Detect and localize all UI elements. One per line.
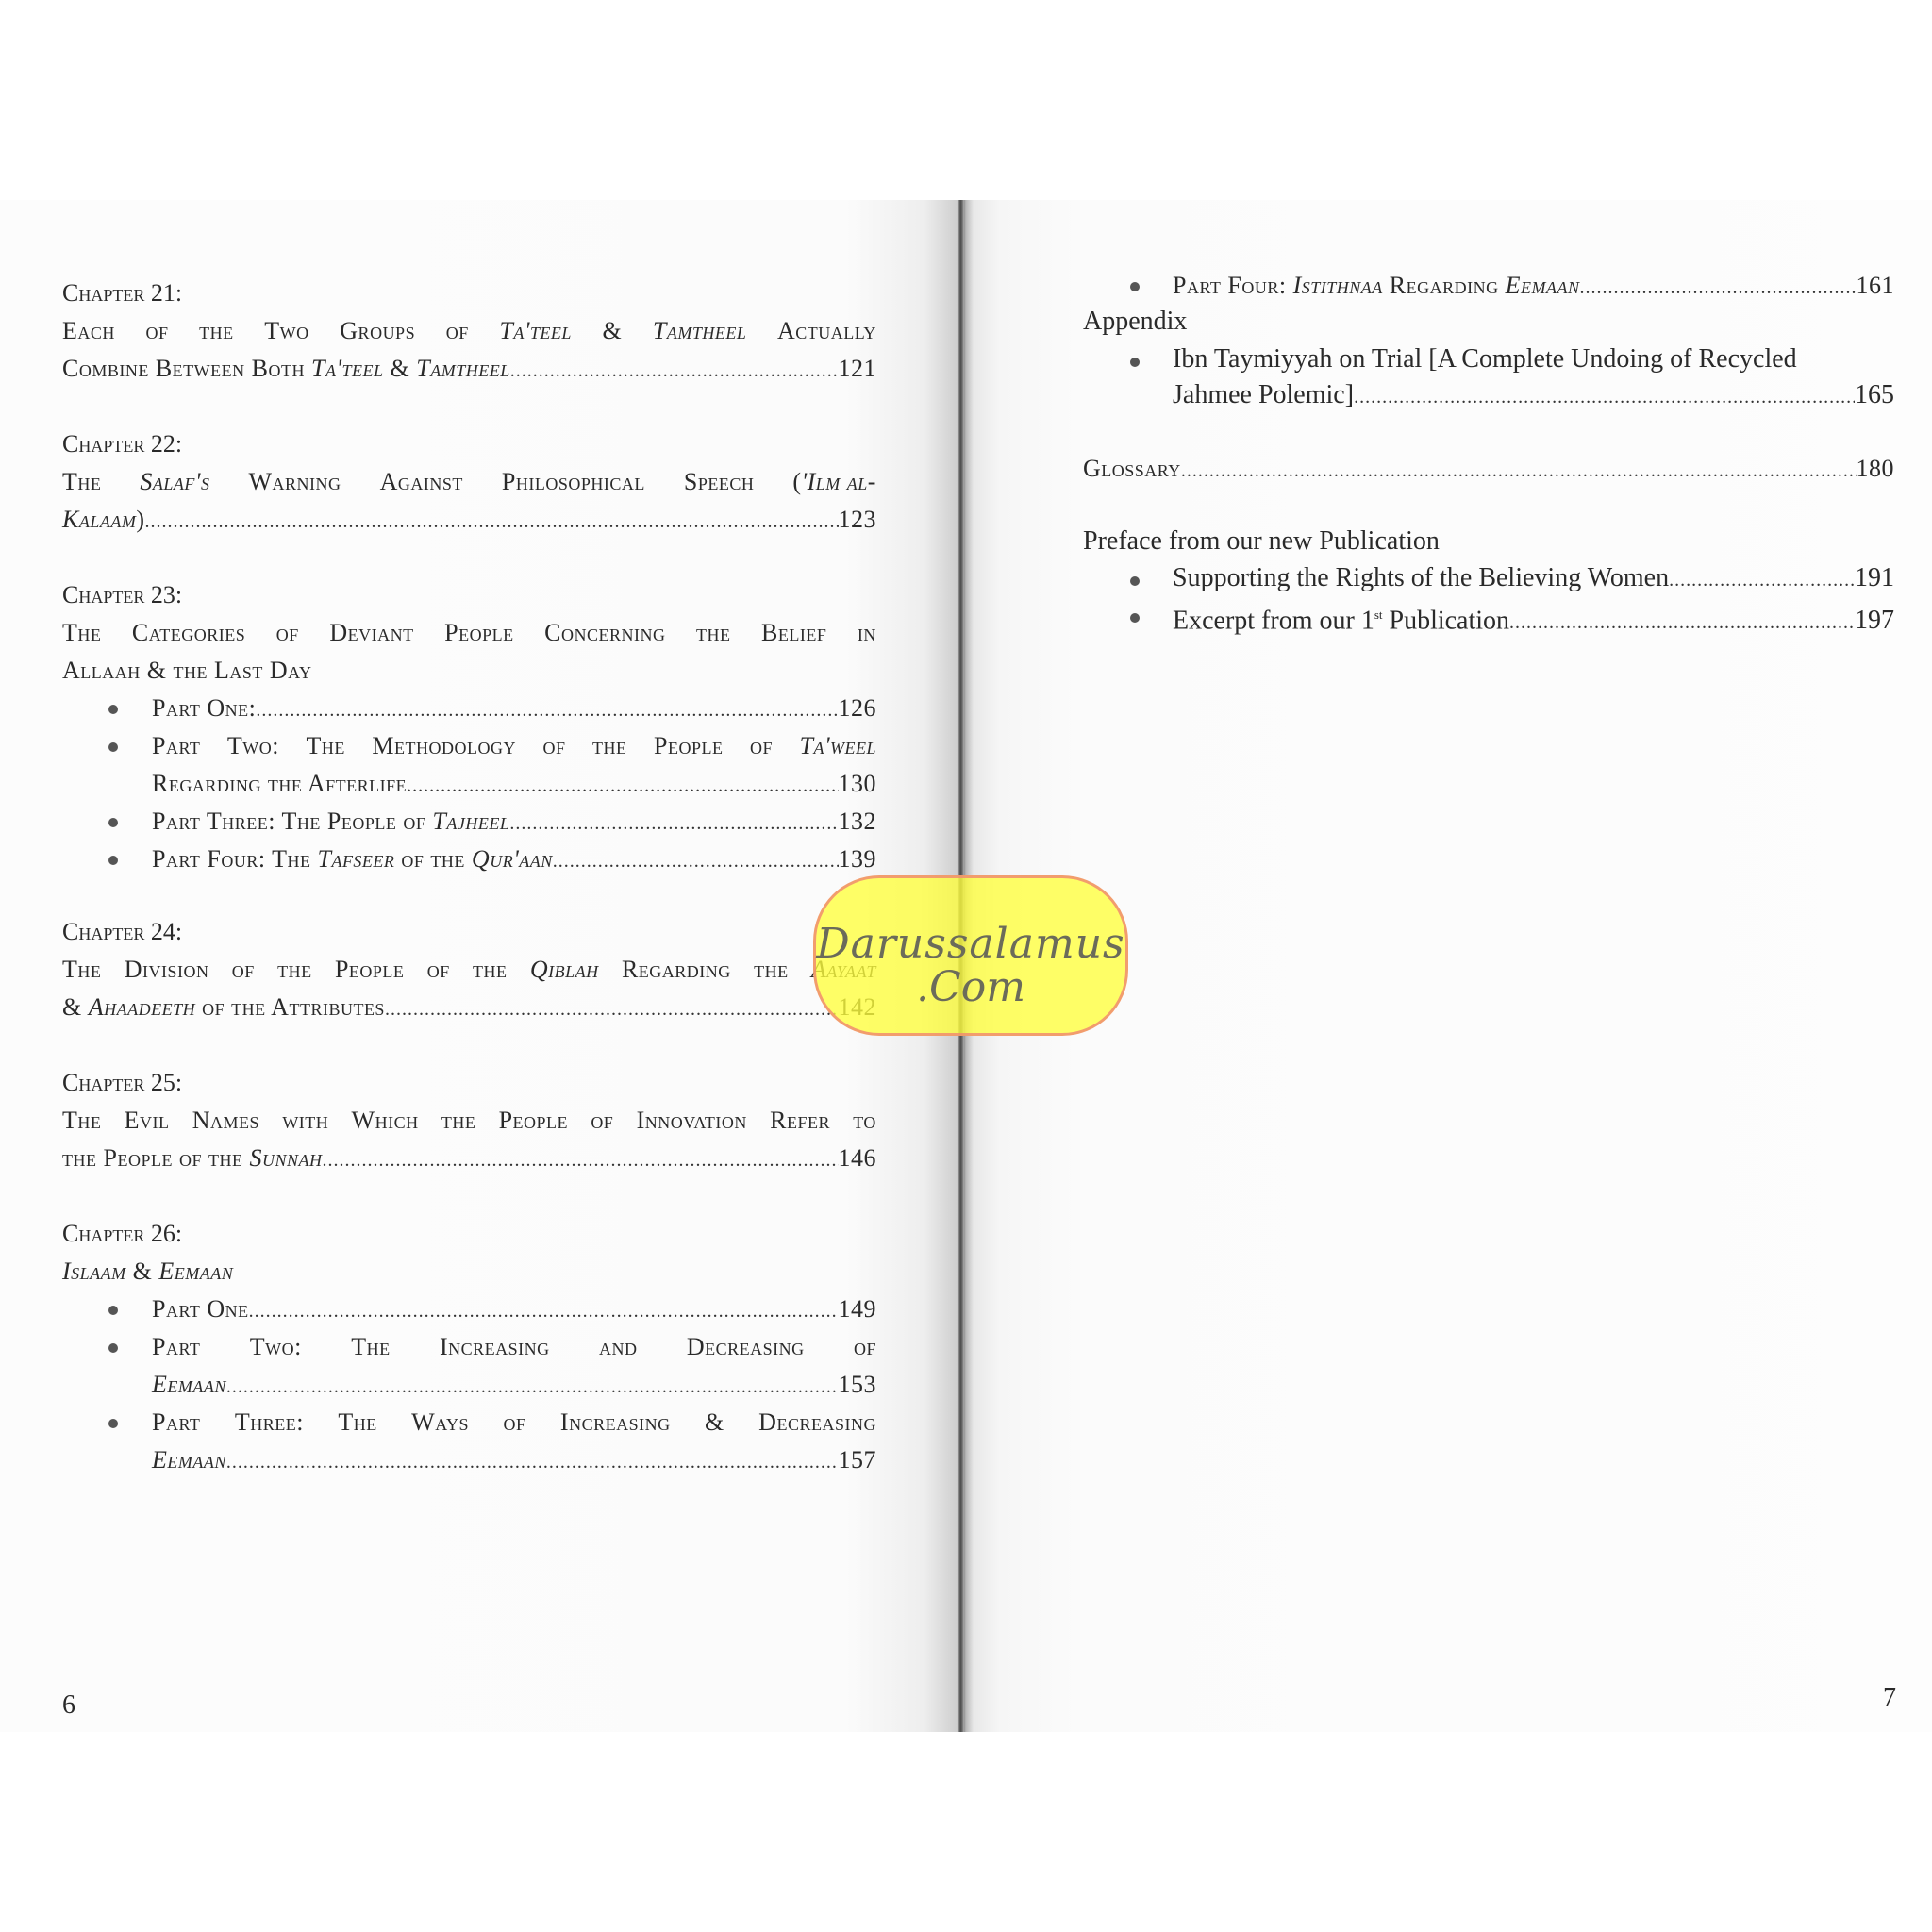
toc-page-number: 149 (839, 1293, 877, 1325)
part-entry-line: PartTwo:TheIncreasingandDecreasingof (152, 1331, 876, 1363)
dot-leader (249, 1295, 839, 1327)
toc-entry-label: Kalaam) (62, 504, 145, 536)
toc-entry-label: Part Four: Istithnaa Regarding Eemaan (1173, 270, 1579, 302)
glossary-entry: Glossary180 (1083, 453, 1894, 487)
preface-entry: Excerpt from our 1st Publication197 (1173, 599, 1894, 639)
part-entry-line: Part Three: The People of Tajheel132 (152, 806, 876, 840)
watermark-badge: Darussalamus .Com (813, 875, 1128, 1036)
page-number-left: 6 (62, 1690, 75, 1721)
dot-leader (509, 808, 838, 840)
chapter-heading: Chapter 26: (62, 1218, 182, 1250)
dot-leader (226, 1446, 839, 1478)
bullet-icon (1130, 613, 1140, 623)
dot-leader (145, 506, 839, 538)
toc-page-number: 180 (1857, 453, 1895, 485)
bullet-icon (108, 1419, 118, 1428)
dot-leader (1354, 381, 1855, 413)
chapter-title-line: Kalaam)123 (62, 504, 876, 538)
toc-entry-label: Supporting the Rights of the Believing W… (1173, 562, 1669, 594)
bullet-icon (108, 705, 118, 714)
page-number-right: 7 (1883, 1683, 1896, 1713)
dot-leader (553, 845, 839, 877)
part-entry-line: Part Four: The Tafseer of the Qur'aan139 (152, 843, 876, 877)
toc-page-number: 126 (839, 692, 877, 724)
dot-leader (1181, 455, 1857, 487)
toc-entry-label: Eemaan (152, 1369, 226, 1401)
dot-leader (226, 1371, 839, 1403)
part-entry-line: PartThree:TheWaysofIncreasing&Decreasing (152, 1407, 876, 1439)
part-entry-line: PartTwo:TheMethodologyofthePeopleofTa'we… (152, 730, 876, 762)
toc-page-number: 132 (839, 806, 877, 838)
toc-entry-label: Excerpt from our 1st Publication (1173, 599, 1509, 637)
preface-entry: Supporting the Rights of the Believing W… (1173, 562, 1894, 596)
chapter-title-line: Combine Between Both Ta'teel & Tamtheel1… (62, 353, 876, 387)
toc-entry-label: Part Three: The People of Tajheel (152, 806, 509, 838)
toc-entry-label: Jahmee Polemic] (1173, 379, 1354, 411)
toc-page-number: 165 (1855, 379, 1894, 411)
part-entry-line: Part Four: Istithnaa Regarding Eemaan161 (1173, 270, 1894, 304)
dot-leader (322, 1144, 838, 1176)
dot-leader (1509, 607, 1855, 639)
watermark-domain: .Com (816, 963, 1125, 1011)
chapter-title-line: & Ahaadeeth of the Attributes142 (62, 991, 876, 1025)
bullet-icon (108, 856, 118, 865)
toc-page-number: 130 (839, 768, 877, 800)
chapter-title-line: TheEvilNameswithWhichthePeopleofInnovati… (62, 1105, 876, 1137)
chapter-title-line: TheSalaf'sWarningAgainstPhilosophicalSpe… (62, 466, 876, 498)
bullet-icon (1130, 282, 1140, 291)
bullet-icon (1130, 576, 1140, 586)
toc-page-number: 157 (839, 1444, 877, 1476)
chapter-heading: Chapter 25: (62, 1067, 182, 1099)
chapter-title-line: Allaah & the Last Day (62, 655, 876, 687)
chapter-heading: Chapter 22: (62, 428, 182, 460)
toc-entry-label: the People of the Sunnah (62, 1142, 322, 1174)
watermark-brand: Darussalamus (816, 920, 1125, 968)
superscript-st: st (1374, 608, 1383, 622)
toc-entry-label: Part One (152, 1293, 249, 1325)
chapter-title-line: Islaam & Eemaan (62, 1256, 876, 1288)
toc-entry-label: Glossary (1083, 453, 1181, 485)
toc-page-number: 161 (1857, 270, 1895, 302)
dot-leader (385, 993, 839, 1025)
chapter-title-line: TheDivisionofthePeopleoftheQiblahRegardi… (62, 954, 876, 986)
appendix-entry-line: Ibn Taymiyyah on Trial [A Complete Undoi… (1173, 343, 1894, 375)
dot-leader (1579, 272, 1856, 304)
dot-leader (1669, 564, 1855, 596)
toc-page-number: 146 (839, 1142, 877, 1174)
dot-leader (407, 770, 838, 802)
dot-leader (256, 694, 838, 726)
part-entry-line: Part One149 (152, 1293, 876, 1327)
chapter-heading: Chapter 24: (62, 916, 182, 948)
toc-entry-label: Regarding the Afterlife (152, 768, 407, 800)
part-entry-line: Eemaan153 (152, 1369, 876, 1403)
part-entry-line: Part One:126 (152, 692, 876, 726)
preface-heading: Preface from our new Publication (1083, 525, 1440, 558)
toc-page-number: 153 (839, 1369, 877, 1401)
chapter-title-line: the People of the Sunnah146 (62, 1142, 876, 1176)
toc-page-number: 121 (839, 353, 877, 385)
chapter-heading: Chapter 21: (62, 277, 182, 309)
bullet-icon (108, 1306, 118, 1315)
toc-entry-label: Combine Between Both Ta'teel & Tamtheel (62, 353, 510, 385)
part-entry-line: Eemaan157 (152, 1444, 876, 1478)
part-entry-line: Regarding the Afterlife130 (152, 768, 876, 802)
appendix-heading: Appendix (1083, 306, 1187, 338)
chapter-title-line: TheCategoriesofDeviantPeopleConcerningth… (62, 617, 876, 649)
bullet-icon (108, 742, 118, 752)
dot-leader (510, 355, 839, 387)
toc-page-number: 197 (1855, 605, 1894, 637)
chapter-heading: Chapter 23: (62, 579, 182, 611)
toc-entry-label: Eemaan (152, 1444, 226, 1476)
toc-entry-label: & Ahaadeeth of the Attributes (62, 991, 385, 1024)
toc-page-number: 139 (839, 843, 877, 875)
bullet-icon (1130, 358, 1140, 367)
toc-page-number: 123 (839, 504, 877, 536)
appendix-entry-line: Jahmee Polemic]165 (1173, 379, 1894, 413)
bullet-icon (108, 818, 118, 827)
toc-page-number: 191 (1855, 562, 1894, 594)
bullet-icon (108, 1343, 118, 1353)
toc-entry-label: Part One: (152, 692, 256, 724)
toc-entry-label: Part Four: The Tafseer of the Qur'aan (152, 843, 553, 875)
chapter-title-line: EachoftheTwoGroupsofTa'teel&TamtheelActu… (62, 315, 876, 347)
